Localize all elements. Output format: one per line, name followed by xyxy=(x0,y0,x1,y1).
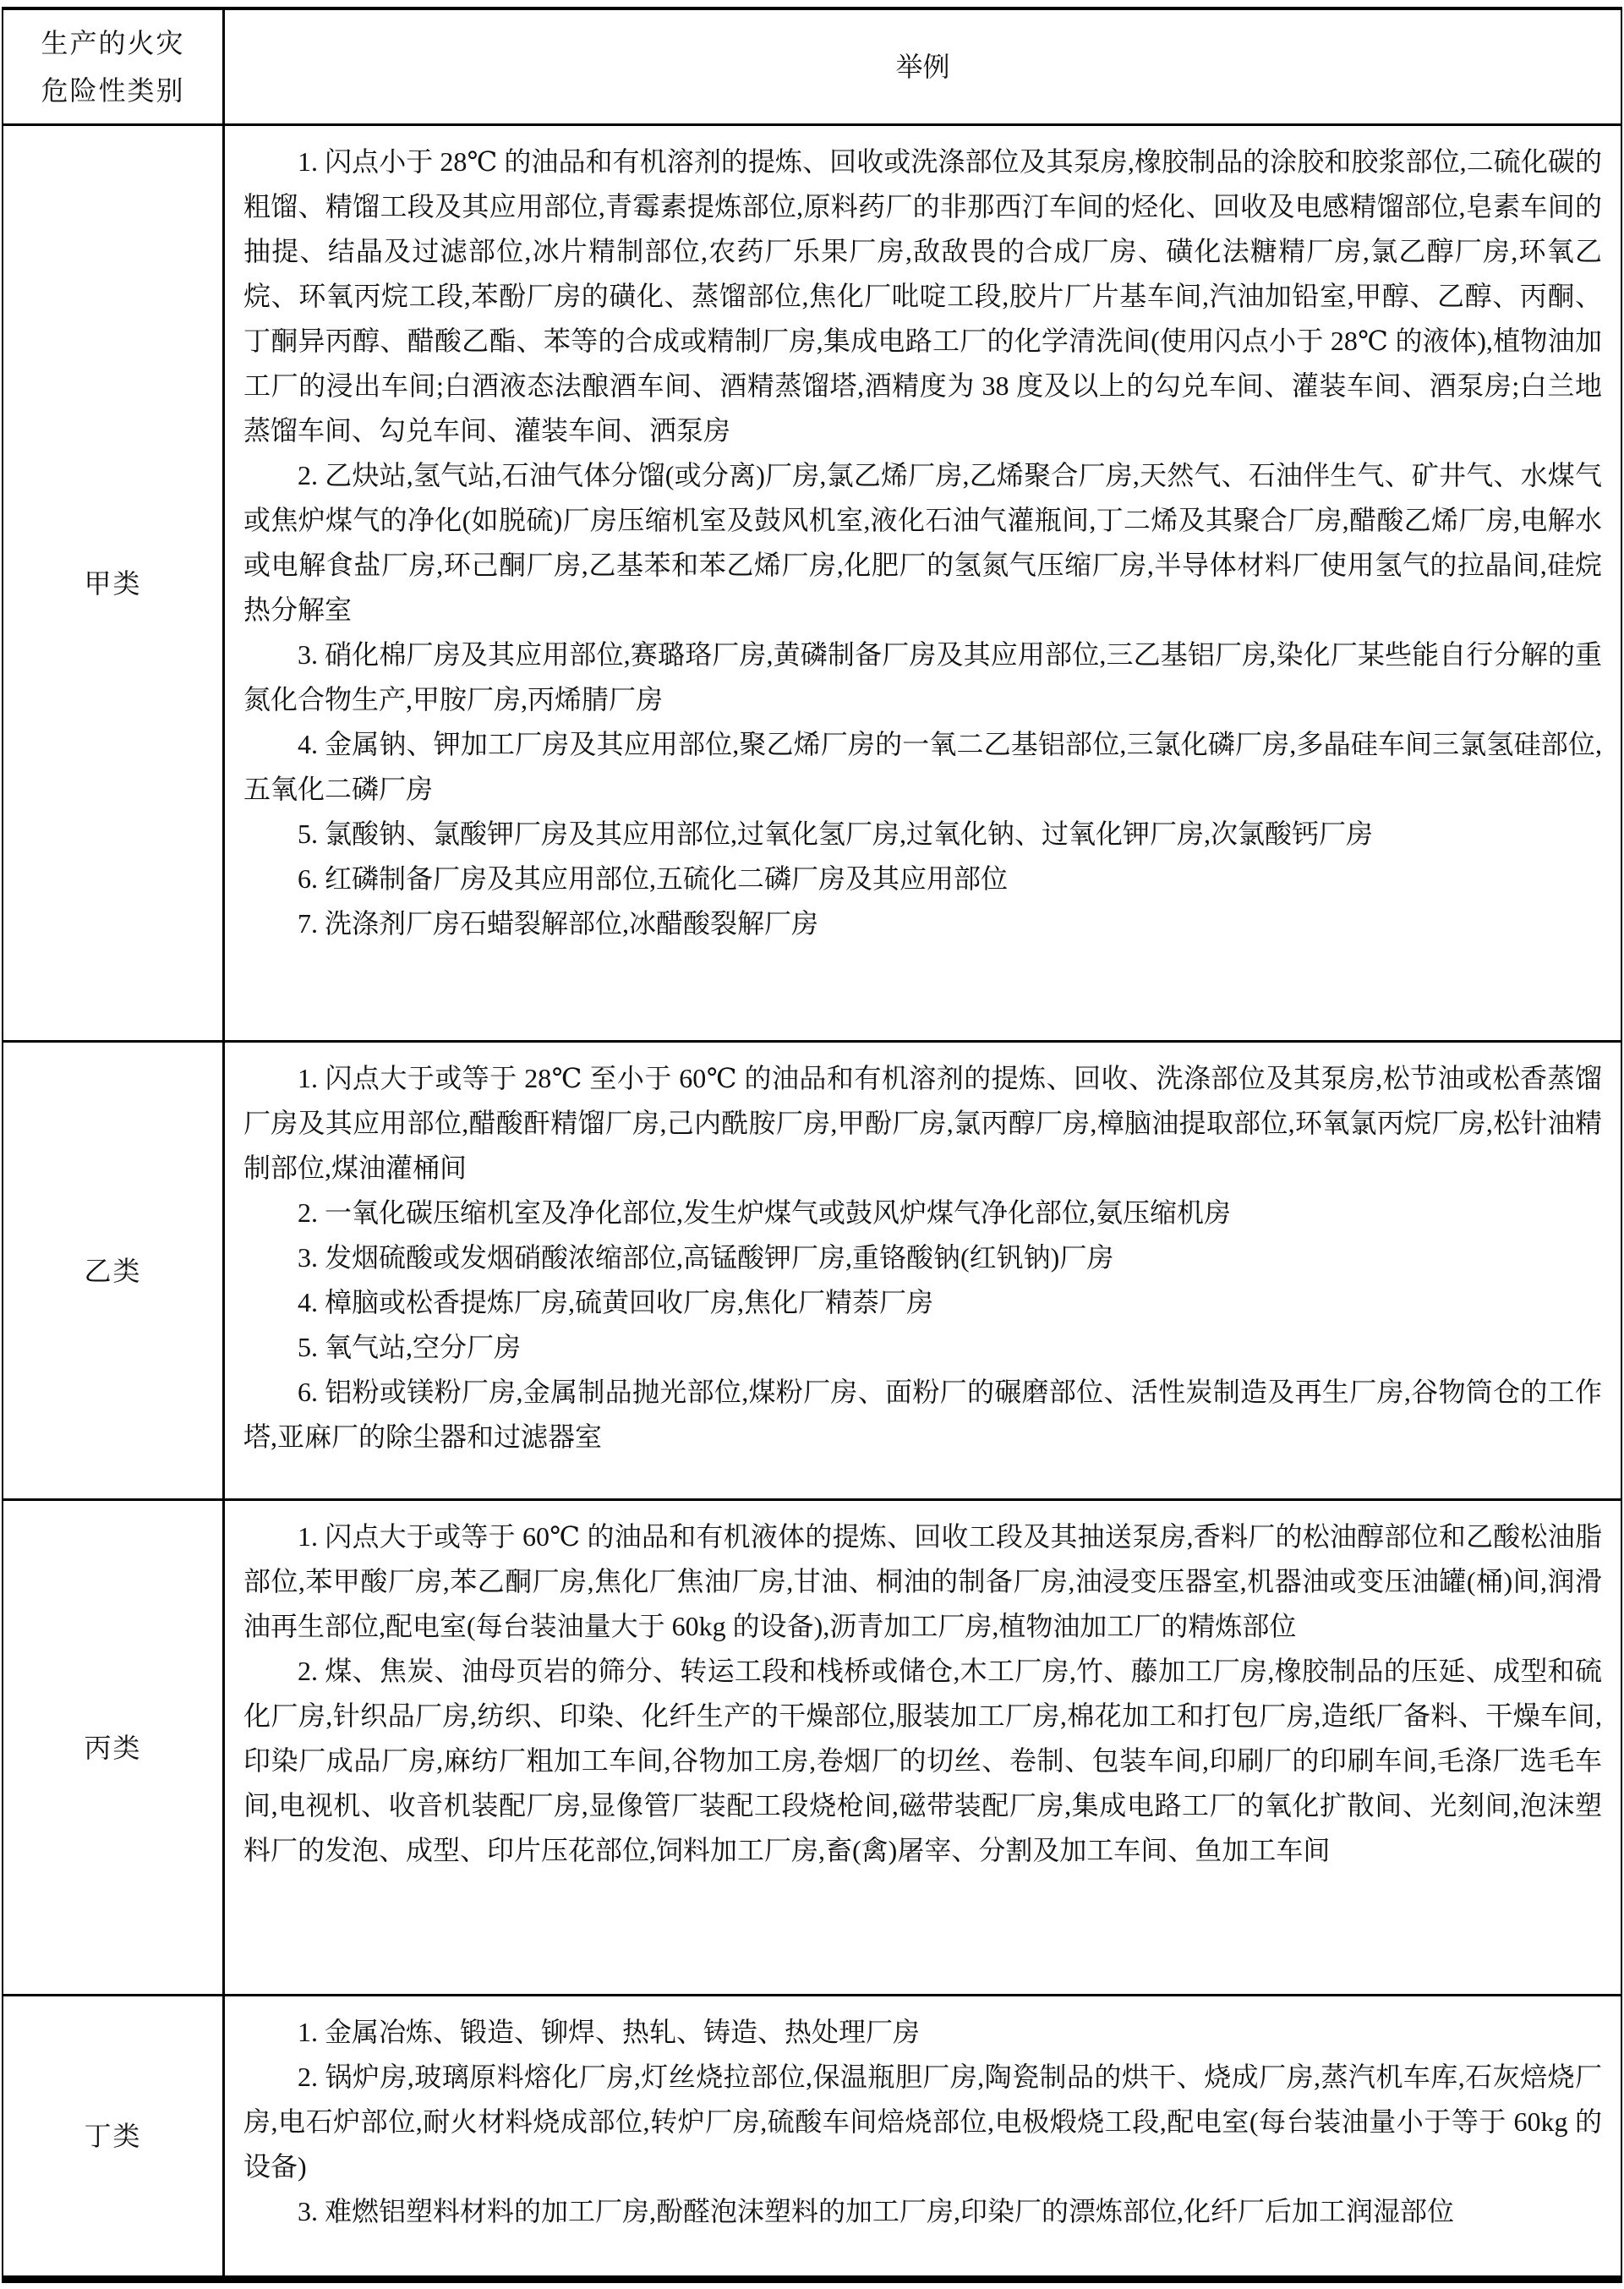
example-item: 2. 锅炉房,玻璃原料熔化厂房,灯丝烧拉部位,保温瓶胆厂房,陶瓷制品的烘干、烧成… xyxy=(243,2055,1602,2189)
example-item: 2. 乙炔站,氢气站,石油气体分馏(或分离)厂房,氯乙烯厂房,乙烯聚合厂房,天然… xyxy=(243,453,1602,632)
example-item: 3. 发烟硫酸或发烟硝酸浓缩部位,高锰酸钾厂房,重铬酸钠(红钒钠)厂房 xyxy=(243,1235,1602,1280)
header-examples-column: 举例 xyxy=(225,10,1621,123)
example-item: 3. 难燃铝塑料材料的加工厂房,酚醛泡沫塑料的加工厂房,印染厂的漂炼部位,化纤厂… xyxy=(243,2189,1602,2234)
example-item: 2. 一氧化碳压缩机室及净化部位,发生炉煤气或鼓风炉煤气净化部位,氨压缩机房 xyxy=(243,1191,1602,1235)
examples-cell: 1. 金属冶炼、锻造、铆焊、热轧、铸造、热处理厂房 2. 锅炉房,玻璃原料熔化厂… xyxy=(225,1996,1621,2275)
example-item: 1. 金属冶炼、锻造、铆焊、热轧、铸造、热处理厂房 xyxy=(243,2010,1602,2055)
category-cell: 丁类 xyxy=(3,1996,225,2275)
example-item: 6. 铝粉或镁粉厂房,金属制品抛光部位,煤粉厂房、面粉厂的碾磨部位、活性炭制造及… xyxy=(243,1370,1602,1459)
category-label: 丙类 xyxy=(84,1724,141,1772)
example-item: 4. 樟脑或松香提炼厂房,硫黄回收厂房,焦化厂精萘厂房 xyxy=(243,1280,1602,1325)
header-examples-label: 举例 xyxy=(895,45,949,90)
examples-cell: 1. 闪点大于或等于 60℃ 的油品和有机液体的提炼、回收工段及其抽送泵房,香料… xyxy=(225,1501,1621,1994)
example-item: 1. 闪点大于或等于 60℃ 的油品和有机液体的提炼、回收工段及其抽送泵房,香料… xyxy=(243,1514,1602,1649)
category-label: 丁类 xyxy=(84,2112,141,2160)
example-item: 1. 闪点小于 28℃ 的油品和有机溶剂的提炼、回收或洗涤部位及其泵房,橡胶制品… xyxy=(243,140,1602,453)
fire-hazard-classification-table: 生产的火灾 危险性类别 举例 甲类 1. 闪点小于 28℃ 的油品和有机溶剂的提… xyxy=(2,7,1622,2283)
category-label: 甲类 xyxy=(84,560,141,607)
header-category-line2: 危险性类别 xyxy=(41,67,184,114)
table-row: 甲类 1. 闪点小于 28℃ 的油品和有机溶剂的提炼、回收或洗涤部位及其泵房,橡… xyxy=(3,123,1621,1040)
category-cell: 丙类 xyxy=(3,1501,225,1994)
example-item: 1. 闪点大于或等于 28℃ 至小于 60℃ 的油品和有机溶剂的提炼、回收、洗涤… xyxy=(243,1056,1602,1191)
examples-cell: 1. 闪点大于或等于 28℃ 至小于 60℃ 的油品和有机溶剂的提炼、回收、洗涤… xyxy=(225,1043,1621,1498)
example-item: 5. 氧气站,空分厂房 xyxy=(243,1325,1602,1370)
category-label: 乙类 xyxy=(84,1247,141,1295)
category-cell: 甲类 xyxy=(3,126,225,1040)
examples-cell: 1. 闪点小于 28℃ 的油品和有机溶剂的提炼、回收或洗涤部位及其泵房,橡胶制品… xyxy=(225,126,1621,1040)
example-item: 6. 红磷制备厂房及其应用部位,五硫化二磷厂房及其应用部位 xyxy=(243,857,1602,901)
example-item: 3. 硝化棉厂房及其应用部位,赛璐珞厂房,黄磷制备厂房及其应用部位,三乙基铝厂房… xyxy=(243,632,1602,722)
table-row: 丁类 1. 金属冶炼、锻造、铆焊、热轧、铸造、热处理厂房 2. 锅炉房,玻璃原料… xyxy=(3,1994,1621,2275)
table-row: 丙类 1. 闪点大于或等于 60℃ 的油品和有机液体的提炼、回收工段及其抽送泵房… xyxy=(3,1498,1621,1994)
table-row: 乙类 1. 闪点大于或等于 28℃ 至小于 60℃ 的油品和有机溶剂的提炼、回收… xyxy=(3,1040,1621,1498)
table-header-row: 生产的火灾 危险性类别 举例 xyxy=(3,10,1621,123)
example-item: 5. 氯酸钠、氯酸钾厂房及其应用部位,过氧化氢厂房,过氧化钠、过氧化钾厂房,次氯… xyxy=(243,812,1602,857)
header-category-line1: 生产的火灾 xyxy=(41,19,184,67)
category-cell: 乙类 xyxy=(3,1043,225,1498)
document-page: 生产的火灾 危险性类别 举例 甲类 1. 闪点小于 28℃ 的油品和有机溶剂的提… xyxy=(0,0,1624,2289)
header-category-column: 生产的火灾 危险性类别 xyxy=(3,10,225,123)
example-item: 2. 煤、焦炭、油母页岩的筛分、转运工段和栈桥或储仓,木工厂房,竹、藤加工厂房,… xyxy=(243,1649,1602,1873)
example-item: 7. 洗涤剂厂房石蜡裂解部位,冰醋酸裂解厂房 xyxy=(243,901,1602,946)
example-item: 4. 金属钠、钾加工厂房及其应用部位,聚乙烯厂房的一氧二乙基铝部位,三氯化磷厂房… xyxy=(243,722,1602,812)
